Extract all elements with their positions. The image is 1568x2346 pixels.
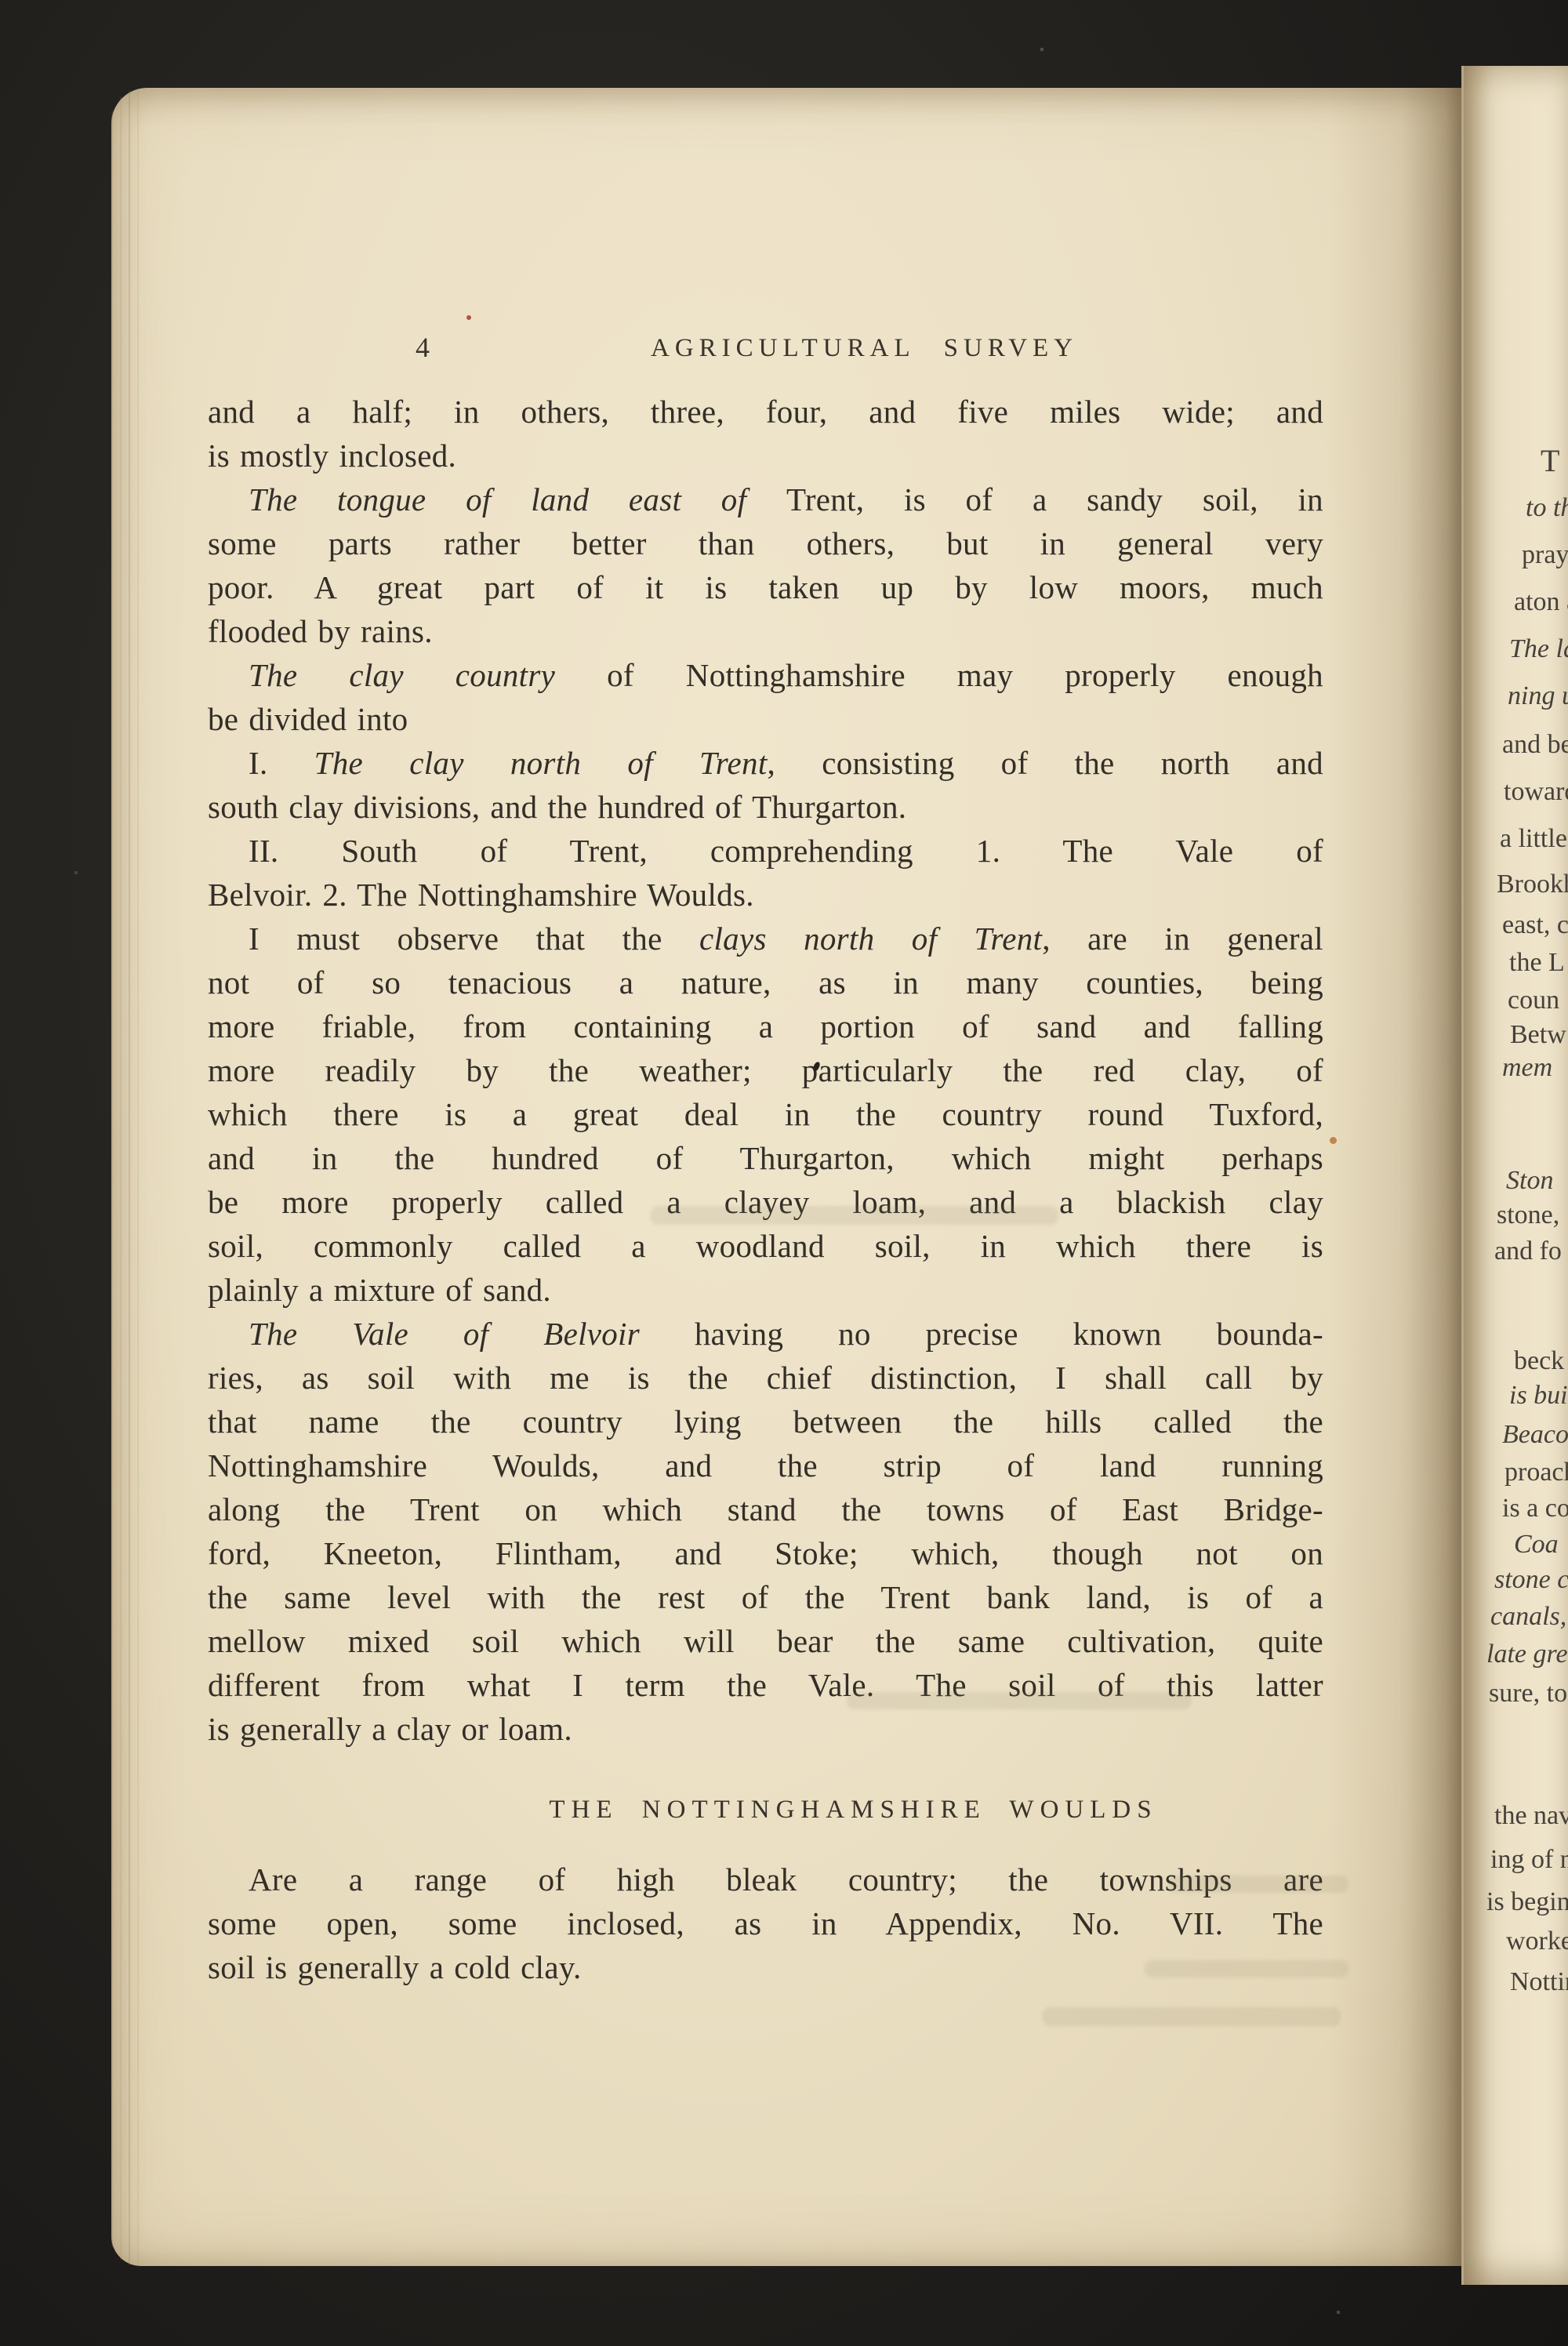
show-through-mark	[1043, 2007, 1341, 2026]
text-line: be divided into	[208, 697, 1323, 741]
facing-page-text-fragment: stone,	[1497, 1200, 1559, 1231]
page-edge-stack	[111, 88, 143, 2266]
facing-page-text-fragment: canals,	[1490, 1601, 1566, 1632]
facing-page-text-fragment: mem	[1502, 1052, 1552, 1084]
facing-page-text-fragment: to th	[1526, 492, 1568, 524]
text-line: along the Trent on which stand the towns…	[208, 1487, 1323, 1531]
text-line: I must observe that the clays north of T…	[208, 917, 1323, 961]
text-segment: soil is generally a cold clay.	[208, 1949, 582, 1985]
dust-specks	[0, 0, 2, 2]
text-line: that name the country lying between the …	[208, 1400, 1323, 1444]
text-segment: ford, Kneeton, Flintham, and Stoke; whic…	[208, 1535, 1323, 1571]
section-heading: THE NOTTINGHAMSHIRE WOULDS	[296, 1793, 1411, 1826]
text-line: plainly a mixture of sand.	[208, 1268, 1323, 1312]
text-line: and a half; in others, three, four, and …	[208, 390, 1323, 434]
text-line: soil, commonly called a woodland soil, i…	[208, 1224, 1323, 1268]
body-paragraphs: and a half; in others, three, four, and …	[208, 390, 1323, 1751]
facing-page-text-fragment: and fo	[1494, 1236, 1562, 1267]
text-line: some parts rather better than others, bu…	[208, 521, 1323, 565]
text-line: The Vale of Belvoir having no precise kn…	[208, 1312, 1323, 1356]
text-line: I. The clay north of Trent, consisting o…	[208, 741, 1323, 785]
text-segment: Belvoir. 2. The Nottinghamshire Woulds.	[208, 877, 754, 913]
facing-page-text-fragment: is a co	[1502, 1493, 1568, 1524]
facing-page-edge: Tto thprayaton anThe lanning upand begit…	[1461, 66, 1568, 2285]
text-line: some open, some inclosed, as in Appendix…	[208, 1901, 1323, 1945]
text-line: Nottinghamshire Woulds, and the strip of…	[208, 1444, 1323, 1487]
text-segment: soil, commonly called a woodland soil, i…	[208, 1228, 1323, 1264]
facing-page-text-fragment: T	[1541, 445, 1559, 477]
text-segment: II. South of Trent, comprehending 1. The…	[249, 833, 1323, 869]
text-line: mellow mixed soil which will bear the sa…	[208, 1619, 1323, 1663]
book-page: 4 AGRICULTURAL SURVEY and a half; in oth…	[111, 88, 1461, 2266]
facing-page-text-fragment: Ston	[1506, 1165, 1553, 1197]
show-through-mark	[1168, 1876, 1348, 1893]
text-line: and in the hundred of Thurgarton, which …	[208, 1136, 1323, 1180]
facing-page-text-fragment: Brookh	[1497, 869, 1568, 900]
text-segment: be divided into	[208, 701, 408, 737]
facing-page-text-fragment: Coa	[1514, 1529, 1559, 1560]
facing-page-text-fragment: late grea	[1486, 1639, 1568, 1670]
facing-page-text-fragment: towards	[1504, 776, 1568, 808]
text-line: the same level with the rest of the Tren…	[208, 1575, 1323, 1619]
text-segment: plainly a mixture of sand.	[208, 1272, 551, 1308]
facing-page-text-fragment: ning up	[1508, 681, 1568, 712]
facing-page-text-fragment: proach	[1504, 1457, 1568, 1488]
text-segment: , consisting of the north and	[768, 745, 1323, 781]
facing-page-text-fragment: Betw	[1510, 1019, 1566, 1051]
italic-text-segment: The clay north of Trent	[314, 745, 768, 781]
italic-text-segment: The Vale of Belvoir	[249, 1316, 695, 1352]
text-line: flooded by rains.	[208, 609, 1323, 653]
text-segment: more friable, from containing a portion …	[208, 1008, 1323, 1044]
text-segment: Trent, is of a sandy soil, in	[786, 481, 1323, 517]
italic-text-segment: The clay country	[249, 657, 607, 693]
facing-page-text-fragment: a little r	[1500, 823, 1568, 855]
text-segment: along the Trent on which stand the towns…	[208, 1491, 1323, 1527]
facing-page-text-fragment: The lan	[1509, 634, 1568, 665]
text-line: more friable, from containing a portion …	[208, 1004, 1323, 1048]
text-segment: south clay divisions, and the hundred of…	[208, 789, 906, 825]
foxing-spot	[466, 315, 471, 320]
facing-page-text-fragment: the L	[1509, 947, 1565, 979]
facing-page-text-fragment: is bui	[1509, 1380, 1568, 1411]
text-line: ford, Kneeton, Flintham, and Stoke; whic…	[208, 1531, 1323, 1575]
show-through-mark	[651, 1206, 1058, 1225]
text-segment: and in the hundred of Thurgarton, which …	[208, 1140, 1323, 1176]
facing-page-text-fragment: east, c	[1502, 910, 1568, 941]
text-segment: some open, some inclosed, as in Appendix…	[208, 1905, 1323, 1941]
text-line: The tongue of land east of Trent, is of …	[208, 478, 1323, 521]
facing-page-text-fragment: worked, a	[1506, 1926, 1568, 1957]
facing-page-text-fragment: and begi	[1502, 729, 1568, 761]
text-segment: mellow mixed soil which will bear the sa…	[208, 1623, 1323, 1659]
text-line: poor. A great part of it is taken up by …	[208, 565, 1323, 609]
text-segment: poor. A great part of it is taken up by …	[208, 569, 1323, 605]
text-segment: of Nottinghamshire may properly enough	[607, 657, 1323, 693]
facing-page-text-fragment: Nottingha	[1510, 1966, 1568, 1998]
text-line: is generally a clay or loam.	[208, 1707, 1323, 1751]
text-line: more readily by the weather; particularl…	[208, 1048, 1323, 1092]
text-segment: the same level with the rest of the Tren…	[208, 1579, 1323, 1615]
text-segment: is mostly inclosed.	[208, 438, 456, 474]
facing-page-text-fragment: pray	[1522, 539, 1568, 571]
facing-page-text-fragment: ing of nev	[1490, 1844, 1568, 1876]
text-segment: I.	[249, 745, 314, 781]
italic-text-segment: clays north of Trent	[699, 921, 1042, 957]
show-through-mark	[847, 1692, 1192, 1709]
page-number: 4	[416, 331, 430, 364]
text-segment: more readily by the weather; particularl…	[208, 1052, 1323, 1088]
text-line: ries, as soil with me is the chief disti…	[208, 1356, 1323, 1400]
italic-text-segment: The tongue of land east of	[249, 481, 786, 517]
text-segment: some parts rather better than others, bu…	[208, 525, 1323, 561]
facing-page-text-fragment: beck	[1514, 1345, 1564, 1377]
text-segment: ries, as soil with me is the chief disti…	[208, 1360, 1323, 1396]
text-segment: having no precise known bounda-	[695, 1316, 1323, 1352]
text-segment: flooded by rains.	[208, 613, 433, 649]
text-segment: that name the country lying between the …	[208, 1404, 1323, 1440]
text-line: Are a range of high bleak country; the t…	[208, 1858, 1323, 1901]
scan-background: 4 AGRICULTURAL SURVEY and a half; in oth…	[0, 0, 1568, 2346]
text-line: II. South of Trent, comprehending 1. The…	[208, 829, 1323, 873]
text-line: The clay country of Nottinghamshire may …	[208, 653, 1323, 697]
foxing-spot	[1330, 1137, 1337, 1144]
text-segment: Nottinghamshire Woulds, and the strip of…	[208, 1447, 1323, 1483]
facing-page-text-fragment: sure, to	[1489, 1678, 1567, 1709]
text-segment: and a half; in others, three, four, and …	[208, 394, 1323, 430]
facing-page-text-fragment: aton an	[1514, 586, 1568, 618]
gutter-shadow	[1328, 88, 1461, 2266]
show-through-mark	[1145, 1960, 1348, 1977]
text-segment: , are in general	[1042, 921, 1323, 957]
facing-page-text-fragment: coun	[1508, 985, 1559, 1016]
text-segment: Are a range of high bleak country; the t…	[249, 1861, 1323, 1897]
running-header: AGRICULTURAL SURVEY	[651, 334, 1078, 363]
text-line: is mostly inclosed.	[208, 434, 1323, 478]
text-segment: is generally a clay or loam.	[208, 1711, 572, 1747]
facing-page-text-fragment: Beacon	[1502, 1419, 1568, 1451]
facing-page-text-fragment: stone c	[1494, 1564, 1568, 1596]
text-line: not of so tenacious a nature, as in many…	[208, 961, 1323, 1004]
text-line: south clay divisions, and the hundred of…	[208, 785, 1323, 829]
text-segment: not of so tenacious a nature, as in many…	[208, 964, 1323, 1000]
facing-page-text-fragment: the navig	[1494, 1800, 1568, 1832]
text-block: and a half; in others, three, four, and …	[208, 390, 1323, 1989]
text-segment: I must observe that the	[249, 921, 699, 957]
text-segment: which there is a great deal in the count…	[208, 1096, 1323, 1132]
facing-page-text-fragment: is beginni	[1486, 1887, 1568, 1918]
text-line: Belvoir. 2. The Nottinghamshire Woulds.	[208, 873, 1323, 917]
text-line: which there is a great deal in the count…	[208, 1092, 1323, 1136]
